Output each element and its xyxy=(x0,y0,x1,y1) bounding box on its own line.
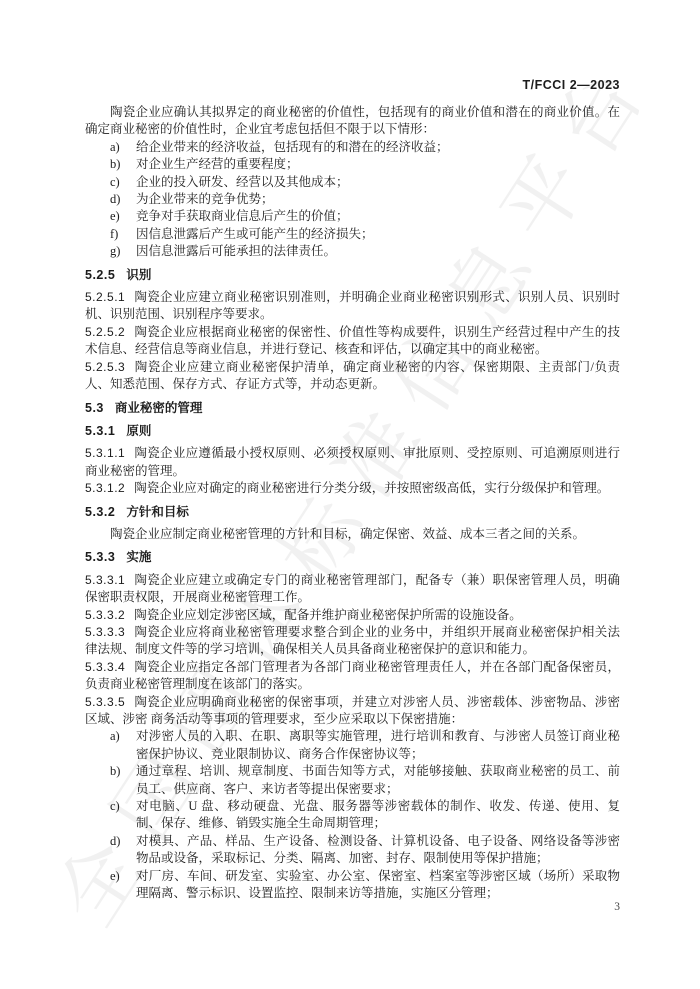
section-number: 5.3.3 xyxy=(85,550,115,564)
section-heading-5-2-5: 5.2.5识别 xyxy=(85,267,620,284)
list-item-text: 因信息泄露后可能承担的法律责任。 xyxy=(136,243,620,260)
list-item: d) 对模具、产品、样品、生产设备、检测设备、计算机设备、电子设备、网络设备等涉… xyxy=(85,833,620,868)
clause-text: 陶瓷企业应建立商业秘密保护清单，确定商业秘密的内容、保密期限、主责部门/负责人、… xyxy=(85,360,620,391)
clause-5-2-5-1: 5.2.5.1陶瓷企业应建立商业秘密识别准则，并明确企业商业秘密识别形式、识别人… xyxy=(85,289,620,324)
section-title: 方针和目标 xyxy=(126,505,189,519)
clause-5-3-1-1: 5.3.1.1陶瓷企业应遵循最小授权原则、必须授权原则、审批原则、受控原则、可追… xyxy=(85,445,620,480)
list-item: d) 为企业带来的竞争优势； xyxy=(85,191,620,208)
section-heading-5-3-2: 5.3.2方针和目标 xyxy=(85,504,620,521)
clause-number: 5.3.3.2 xyxy=(85,608,125,622)
list-item: e) 竞争对手获取商业信息后产生的价值； xyxy=(85,208,620,225)
list-item-label: d) xyxy=(110,191,136,208)
list-item: a) 对涉密人员的入职、在职、离职等实施管理，进行培训和教育、与涉密人员签订商业… xyxy=(85,728,620,763)
clause-5-3-3-5: 5.3.3.5陶瓷企业应明确商业秘密的保密事项，并建立对涉密人员、涉密载体、涉密… xyxy=(85,694,620,729)
clause-text: 陶瓷企业应遵循最小授权原则、必须授权原则、审批原则、受控原则、可追溯原则进行商业… xyxy=(85,446,620,477)
value-factors-list: a) 给企业带来的经济收益，包括现有的和潜在的经济收益； b) 对企业生产经营的… xyxy=(85,139,620,261)
clause-text: 陶瓷企业应明确商业秘密的保密事项，并建立对涉密人员、涉密载体、涉密物品、涉密区域… xyxy=(85,695,620,726)
list-item-text: 对企业生产经营的重要程度； xyxy=(136,156,620,173)
list-item-label: a) xyxy=(110,728,136,763)
page-number: 3 xyxy=(614,901,620,913)
section-title: 识别 xyxy=(126,268,151,282)
clause-number: 5.3.3.4 xyxy=(85,660,125,674)
list-item-text: 对模具、产品、样品、生产设备、检测设备、计算机设备、电子设备、网络设备等涉密物品… xyxy=(136,833,620,868)
list-item-text: 对厂房、车间、研发室、实验室、办公室、保密室、档案室等涉密区域（场所）采取物理隔… xyxy=(136,868,620,903)
clause-text: 陶瓷企业应将商业秘密管理要求整合到企业的业务中，并组织开展商业秘密保护相关法律法… xyxy=(85,625,620,656)
list-item-label: a) xyxy=(110,139,136,156)
list-item-label: d) xyxy=(110,833,136,868)
clause-5-2-5-2: 5.2.5.2陶瓷企业应根据商业秘密的保密性、价值性等构成要件，识别生产经营过程… xyxy=(85,324,620,359)
list-item-label: g) xyxy=(110,243,136,260)
list-item: g) 因信息泄露后可能承担的法律责任。 xyxy=(85,243,620,260)
list-item: b) 通过章程、培训、规章制度、书面告知等方式，对能够接触、获取商业秘密的员工、… xyxy=(85,763,620,798)
list-item-text: 为企业带来的竞争优势； xyxy=(136,191,620,208)
list-item-label: f) xyxy=(110,226,136,243)
clause-text: 陶瓷企业应建立商业秘密识别准则，并明确企业商业秘密识别形式、识别人员、识别时机、… xyxy=(85,290,620,321)
clause-number: 5.3.3.5 xyxy=(85,695,125,709)
list-item: a) 给企业带来的经济收益，包括现有的和潜在的经济收益； xyxy=(85,139,620,156)
list-item-text: 因信息泄露后产生或可能产生的经济损失； xyxy=(136,226,620,243)
clause-number: 5.2.5.1 xyxy=(85,290,125,304)
page-content: T/FCCI 2—2023 陶瓷企业应确认其拟界定的商业秘密的价值性，包括现有的… xyxy=(85,78,620,902)
clause-number: 5.3.3.1 xyxy=(85,573,125,587)
clause-number: 5.2.5.3 xyxy=(85,360,125,374)
clause-text: 陶瓷企业应建立或确定专门的商业秘密管理部门，配备专（兼）职保密管理人员，明确保密… xyxy=(85,573,620,604)
section-heading-5-3: 5.3商业秘密的管理 xyxy=(85,400,620,417)
standard-code: T/FCCI 2—2023 xyxy=(85,78,620,92)
clause-5-3-3-2: 5.3.3.2陶瓷企业应划定涉密区域，配备并维护商业秘密保护所需的设施设备。 xyxy=(85,607,620,624)
list-item-text: 对电脑、U 盘、移动硬盘、光盘、服务器等涉密载体的制作、收发、传递、使用、复制、… xyxy=(136,798,620,833)
section-title: 原则 xyxy=(126,424,151,438)
clause-5-3-1-2: 5.3.1.2陶瓷企业应对确定的商业秘密进行分类分级，并按照密级高低，实行分级保… xyxy=(85,480,620,497)
clause-5-2-5-3: 5.2.5.3陶瓷企业应建立商业秘密保护清单，确定商业秘密的内容、保密期限、主责… xyxy=(85,359,620,394)
clause-5-3-3-4: 5.3.3.4陶瓷企业应指定各部门管理者为各部门商业秘密管理责任人，并在各部门配… xyxy=(85,659,620,694)
section-heading-5-3-1: 5.3.1原则 xyxy=(85,423,620,440)
list-item: e) 对厂房、车间、研发室、实验室、办公室、保密室、档案室等涉密区域（场所）采取… xyxy=(85,868,620,903)
list-item: c) 企业的投入研发、经营以及其他成本； xyxy=(85,174,620,191)
list-item-label: b) xyxy=(110,763,136,798)
clause-text: 陶瓷企业应指定各部门管理者为各部门商业秘密管理责任人，并在各部门配备保密员，负责… xyxy=(85,660,620,691)
paragraph-5-3-2: 陶瓷企业应制定商业秘密管理的方针和目标，确定保密、效益、成本三者之间的关系。 xyxy=(85,526,620,543)
section-number: 5.3.2 xyxy=(85,505,115,519)
section-number: 5.2.5 xyxy=(85,268,115,282)
clause-number: 5.2.5.2 xyxy=(85,325,125,339)
list-item-text: 给企业带来的经济收益，包括现有的和潜在的经济收益； xyxy=(136,139,620,156)
section-number: 5.3.1 xyxy=(85,424,115,438)
clause-text: 陶瓷企业应对确定的商业秘密进行分类分级，并按照密级高低，实行分级保护和管理。 xyxy=(134,481,609,495)
clause-number: 5.3.1.1 xyxy=(85,446,125,460)
list-item: c) 对电脑、U 盘、移动硬盘、光盘、服务器等涉密载体的制作、收发、传递、使用、… xyxy=(85,798,620,833)
list-item-label: c) xyxy=(110,174,136,191)
section-title: 实施 xyxy=(126,550,151,564)
clause-text: 陶瓷企业应划定涉密区域，配备并维护商业秘密保护所需的设施设备。 xyxy=(134,608,522,622)
clause-text: 陶瓷企业应根据商业秘密的保密性、价值性等构成要件，识别生产经营过程中产生的技术信… xyxy=(85,325,620,356)
list-item-label: b) xyxy=(110,156,136,173)
clause-number: 5.3.3.3 xyxy=(85,625,125,639)
list-item: b) 对企业生产经营的重要程度； xyxy=(85,156,620,173)
clause-5-3-3-1: 5.3.3.1陶瓷企业应建立或确定专门的商业秘密管理部门，配备专（兼）职保密管理… xyxy=(85,572,620,607)
list-item-label: e) xyxy=(110,868,136,903)
list-item: f) 因信息泄露后产生或可能产生的经济损失； xyxy=(85,226,620,243)
clause-number: 5.3.1.2 xyxy=(85,481,125,495)
list-item-label: c) xyxy=(110,798,136,833)
intro-paragraph: 陶瓷企业应确认其拟界定的商业秘密的价值性，包括现有的商业价值和潜在的商业价值。在… xyxy=(85,104,620,139)
list-item-text: 企业的投入研发、经营以及其他成本； xyxy=(136,174,620,191)
section-number: 5.3 xyxy=(85,401,104,415)
section-title: 商业秘密的管理 xyxy=(115,401,203,415)
document-page: 全国团体标准信息平台 T/FCCI 2—2023 陶瓷企业应确认其拟界定的商业秘… xyxy=(0,0,700,989)
clause-5-3-3-3: 5.3.3.3陶瓷企业应将商业秘密管理要求整合到企业的业务中，并组织开展商业秘密… xyxy=(85,624,620,659)
list-item-text: 对涉密人员的入职、在职、离职等实施管理，进行培训和教育、与涉密人员签订商业秘密保… xyxy=(136,728,620,763)
section-heading-5-3-3: 5.3.3实施 xyxy=(85,549,620,566)
list-item-label: e) xyxy=(110,208,136,225)
list-item-text: 竞争对手获取商业信息后产生的价值； xyxy=(136,208,620,225)
security-measures-list: a) 对涉密人员的入职、在职、离职等实施管理，进行培训和教育、与涉密人员签订商业… xyxy=(85,728,620,902)
list-item-text: 通过章程、培训、规章制度、书面告知等方式，对能够接触、获取商业秘密的员工、前员工… xyxy=(136,763,620,798)
